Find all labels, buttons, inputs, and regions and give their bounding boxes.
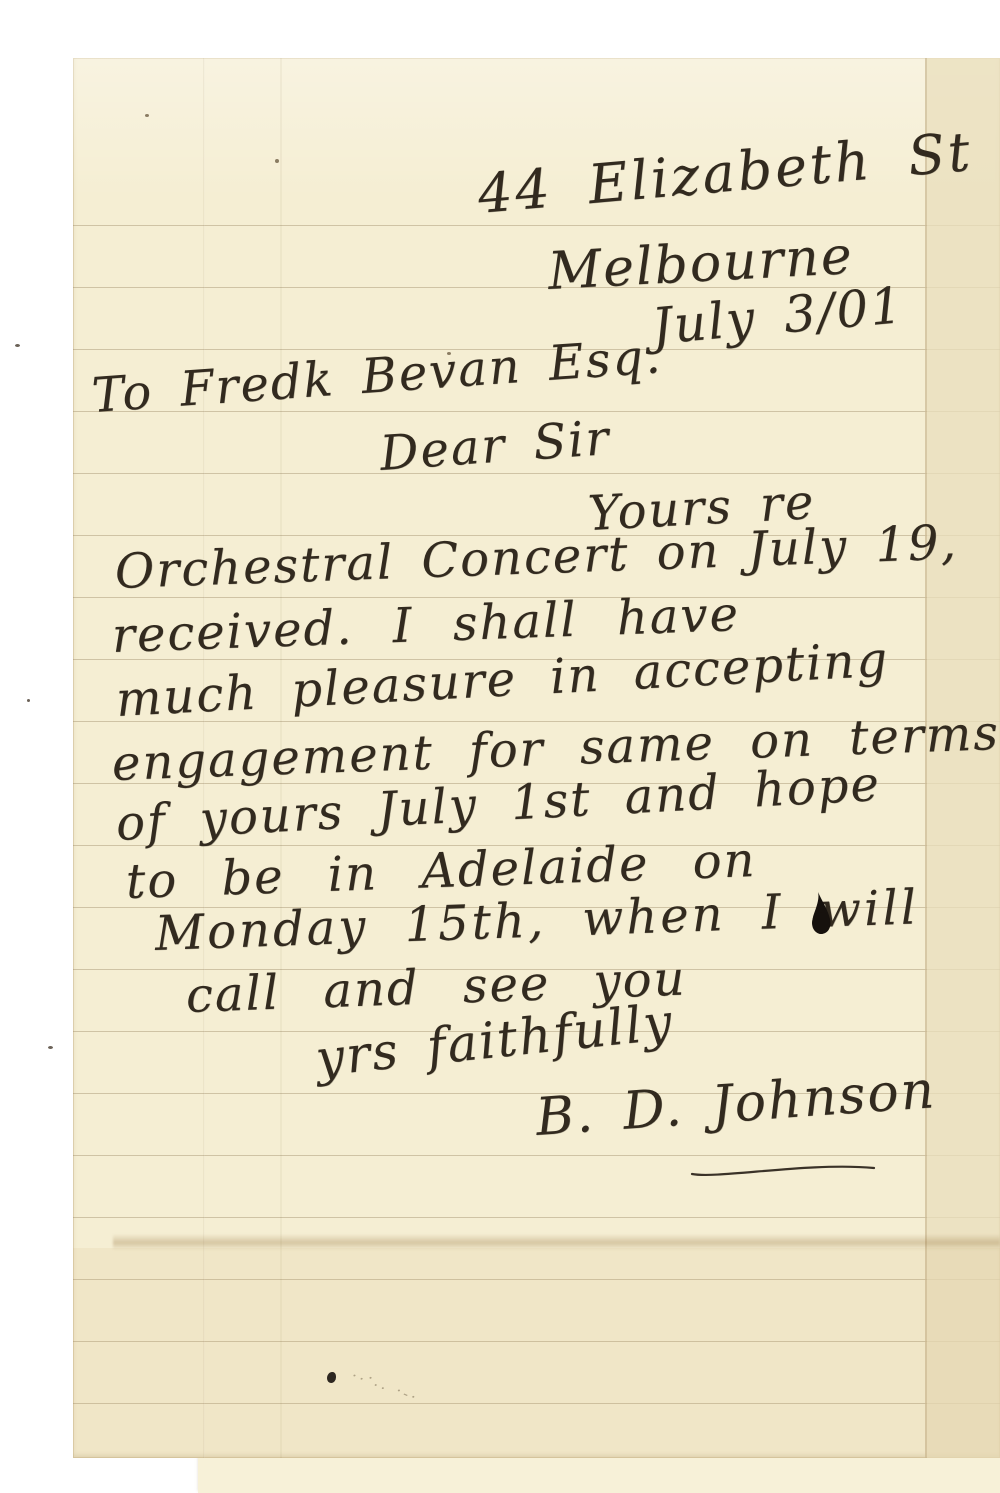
address-line: 44 Elizabeth St [476,125,975,222]
scanned-letter-page: ..·.. ·-· 44 Elizabeth St Melbourne July… [0,0,1000,1493]
recipient-line: To Fredk Bevan Esq. [90,332,663,420]
signature-flourish [688,1160,878,1180]
paper-speck [275,159,279,163]
body-line: Orchestral Concert on July 19, [114,519,958,596]
signature-line: B. D. Johnson [534,1064,937,1144]
scan-speck [15,344,20,347]
ink-blot [803,890,837,936]
paper-shading-bottom [73,1248,1000,1458]
ink-speck [327,1372,336,1383]
salutation-line: Dear Sir [378,414,612,478]
horizontal-fold-crease [113,1234,1000,1250]
scan-speck [48,1046,53,1049]
pencil-marks: ..·.. ·-· [350,1362,421,1407]
letter-page: ..·.. ·-· 44 Elizabeth St Melbourne July… [73,58,1000,1458]
paper-speck [145,114,149,117]
scan-speck [27,699,30,702]
